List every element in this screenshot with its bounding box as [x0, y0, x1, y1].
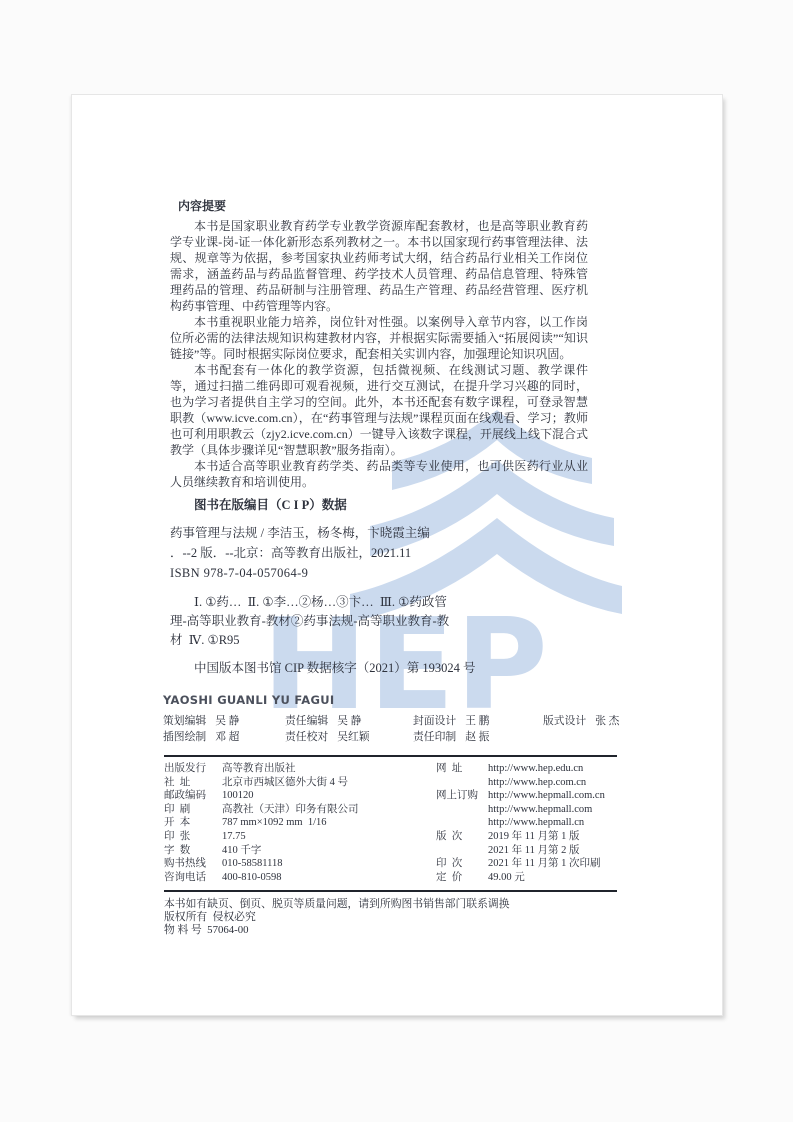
pub-row: 开 本787 mm×1092 mm 1/16	[164, 816, 436, 830]
credit-name: 王 鹏	[465, 715, 489, 727]
cip-class-line: 理-高等职业教育-教材②药事法规-高等职业教育-教	[170, 612, 602, 631]
pub-row: http://www.hepmall.cn	[436, 816, 626, 830]
pub-label: 网上订购	[436, 789, 482, 803]
pub-value: 2019 年 11 月第 1 版	[488, 831, 580, 842]
cip-title-line: 药事管理与法规 / 李洁玉，杨冬梅，卞晓霞主编	[170, 523, 602, 543]
pub-value: http://www.hep.com.cn	[488, 777, 586, 788]
content-summary-section: 内容提要 本书是国家职业教育药学专业教学资源库配套教材，也是高等职业教育药学专业…	[170, 198, 588, 490]
quality-note: 本书如有缺页、倒页、脱页等质量问题，请到所购图书销售部门联系调换	[164, 898, 510, 911]
credit-name: 张 杰	[595, 715, 619, 727]
pub-value: 高教社（天津）印务有限公司	[222, 804, 359, 815]
pub-label: 出版发行	[164, 762, 212, 776]
credit-role: 版式设计	[543, 715, 586, 727]
pub-row: 印 刷高教社（天津）印务有限公司	[164, 803, 436, 817]
page-content: 内容提要 本书是国家职业教育药学专业教学资源库配套教材，也是高等职业教育药学专业…	[72, 95, 722, 1015]
cip-classification: Ⅰ. ①药… Ⅱ. ①李…②杨…③卞… Ⅲ. ①药政管 理-高等职业教育-教材②…	[170, 593, 602, 650]
pub-row: 咨询电话400-810-0598	[164, 871, 436, 885]
publication-info: 出版发行高等教育出版社 社 址北京市西城区德外大街 4 号 邮政编码100120…	[164, 762, 626, 884]
pub-row: 社 址北京市西城区德外大街 4 号	[164, 776, 436, 790]
pub-label: 社 址	[164, 776, 212, 790]
pub-value: http://www.hep.edu.cn	[488, 763, 583, 774]
pub-label: 字 数	[164, 844, 212, 858]
credit-cell-empty	[543, 729, 641, 745]
credit-role: 责任校对	[285, 731, 328, 743]
pub-row: 版 次2019 年 11 月第 1 版	[436, 830, 626, 844]
pub-row: 2021 年 11 月第 2 版	[436, 844, 626, 858]
credit-cell: 责任编辑吴 静	[285, 713, 413, 729]
pub-value: 787 mm×1092 mm 1/16	[222, 817, 327, 828]
pub-value: 2021 年 11 月第 1 次印刷	[488, 858, 601, 869]
credit-role: 封面设计	[413, 715, 456, 727]
credit-cell: 插图绘制邓 超	[163, 729, 285, 745]
summary-paragraph: 本书配套有一体化的教学资源，包括微视频、在线测试习题、教学课件等，通过扫描二维码…	[170, 362, 588, 458]
pub-row: http://www.hep.com.cn	[436, 776, 626, 790]
pinyin-title: YAOSHI GUANLI YU FAGUI	[163, 693, 334, 707]
pub-row: 印 张17.75	[164, 830, 436, 844]
credit-name: 吴 静	[215, 715, 239, 727]
summary-paragraph: 本书重视职业能力培养，岗位针对性强。以案例导入章节内容，以工作岗位所必需的法律法…	[170, 314, 588, 362]
copyright-note: 版权所有 侵权必究	[164, 911, 510, 924]
staff-credits: 策划编辑吴 静 责任编辑吴 静 封面设计王 鹏 版式设计张 杰 插图绘制邓 超 …	[163, 713, 641, 745]
pub-label: 开 本	[164, 816, 212, 830]
credit-role: 插图绘制	[163, 731, 206, 743]
pub-label: 定 价	[436, 871, 482, 885]
credit-cell: 封面设计王 鹏	[413, 713, 543, 729]
cip-heading: 图书在版编目（C I P）数据	[194, 497, 602, 514]
divider-rule-top	[164, 755, 617, 757]
divider-rule-bottom	[164, 890, 617, 892]
pub-label: 印 张	[164, 830, 212, 844]
cip-record-number: 中国版本图书馆 CIP 数据核字（2021）第 193024 号	[194, 658, 602, 678]
publication-info-left-column: 出版发行高等教育出版社 社 址北京市西城区德外大街 4 号 邮政编码100120…	[164, 762, 436, 884]
pub-row: 网上订购http://www.hepmall.com.cn	[436, 789, 626, 803]
cip-isbn: ISBN 978-7-04-057064-9	[170, 563, 602, 583]
pub-value: 400-810-0598	[222, 872, 282, 883]
pub-label: 网 址	[436, 762, 482, 776]
pub-label: 印 次	[436, 857, 482, 871]
pub-value: 100120	[222, 790, 254, 801]
credits-row: 策划编辑吴 静 责任编辑吴 静 封面设计王 鹏 版式设计张 杰	[163, 713, 641, 729]
pub-row: 网 址http://www.hep.edu.cn	[436, 762, 626, 776]
pub-label: 咨询电话	[164, 871, 212, 885]
credit-role: 责任印制	[413, 731, 456, 743]
cip-edition-line: ．--2 版．--北京：高等教育出版社，2021.11	[170, 543, 602, 563]
summary-paragraph: 本书适合高等职业教育药学类、药品类等专业使用，也可供医药行业从业人员继续教育和培…	[170, 458, 588, 490]
pub-value: http://www.hepmall.cn	[488, 817, 584, 828]
pub-value: 17.75	[222, 831, 246, 842]
summary-heading: 内容提要	[178, 198, 588, 214]
pub-value: 北京市西城区德外大街 4 号	[222, 777, 348, 788]
pub-value: 2021 年 11 月第 2 版	[488, 845, 580, 856]
pub-value: http://www.hepmall.com.cn	[488, 790, 605, 801]
pub-label: 购书热线	[164, 857, 212, 871]
screenshot-root: { "watermark": { "letters": "HEP", "colo…	[0, 0, 793, 1122]
credit-cell: 责任印制赵 振	[413, 729, 543, 745]
pub-value: 010-58581118	[222, 858, 282, 869]
bottom-notes: 本书如有缺页、倒页、脱页等质量问题，请到所购图书销售部门联系调换 版权所有 侵权…	[164, 898, 510, 936]
credit-cell: 版式设计张 杰	[543, 713, 641, 729]
pub-value: 49.00 元	[488, 872, 525, 883]
pub-label: 邮政编码	[164, 789, 212, 803]
credit-cell: 责任校对吴红颖	[285, 729, 413, 745]
credits-row: 插图绘制邓 超 责任校对吴红颖 责任印制赵 振	[163, 729, 641, 745]
pub-row: 字 数410 千字	[164, 844, 436, 858]
pub-label: 版 次	[436, 830, 482, 844]
credit-role: 责任编辑	[285, 715, 328, 727]
material-number: 物 料 号 57064-00	[164, 924, 510, 937]
pub-row: 购书热线010-58581118	[164, 857, 436, 871]
pub-row: 出版发行高等教育出版社	[164, 762, 436, 776]
credit-name: 吴红颖	[337, 731, 369, 743]
book-copyright-page: HEP 内容提要 本书是国家职业教育药学专业教学资源库配套教材，也是高等职业教育…	[72, 95, 722, 1015]
cip-data-section: 图书在版编目（C I P）数据 药事管理与法规 / 李洁玉，杨冬梅，卞晓霞主编 …	[170, 497, 602, 678]
pub-row: 邮政编码100120	[164, 789, 436, 803]
pub-row: 定 价49.00 元	[436, 871, 626, 885]
credit-role: 策划编辑	[163, 715, 206, 727]
summary-paragraph: 本书是国家职业教育药学专业教学资源库配套教材，也是高等职业教育药学专业课-岗-证…	[170, 218, 588, 314]
credit-name: 赵 振	[465, 731, 489, 743]
credit-cell: 策划编辑吴 静	[163, 713, 285, 729]
credit-name: 吴 静	[337, 715, 361, 727]
pub-row: 印 次2021 年 11 月第 1 次印刷	[436, 857, 626, 871]
cip-class-line: 材 Ⅳ. ①R95	[170, 631, 602, 650]
cip-class-line: Ⅰ. ①药… Ⅱ. ①李…②杨…③卞… Ⅲ. ①药政管	[194, 593, 602, 612]
pub-value: 410 千字	[222, 845, 261, 856]
publication-info-right-column: 网 址http://www.hep.edu.cn http://www.hep.…	[436, 762, 626, 884]
credit-name: 邓 超	[215, 731, 239, 743]
pub-value: http://www.hepmall.com	[488, 804, 592, 815]
pub-label: 印 刷	[164, 803, 212, 817]
pub-value: 高等教育出版社	[222, 763, 296, 774]
pub-row: http://www.hepmall.com	[436, 803, 626, 817]
